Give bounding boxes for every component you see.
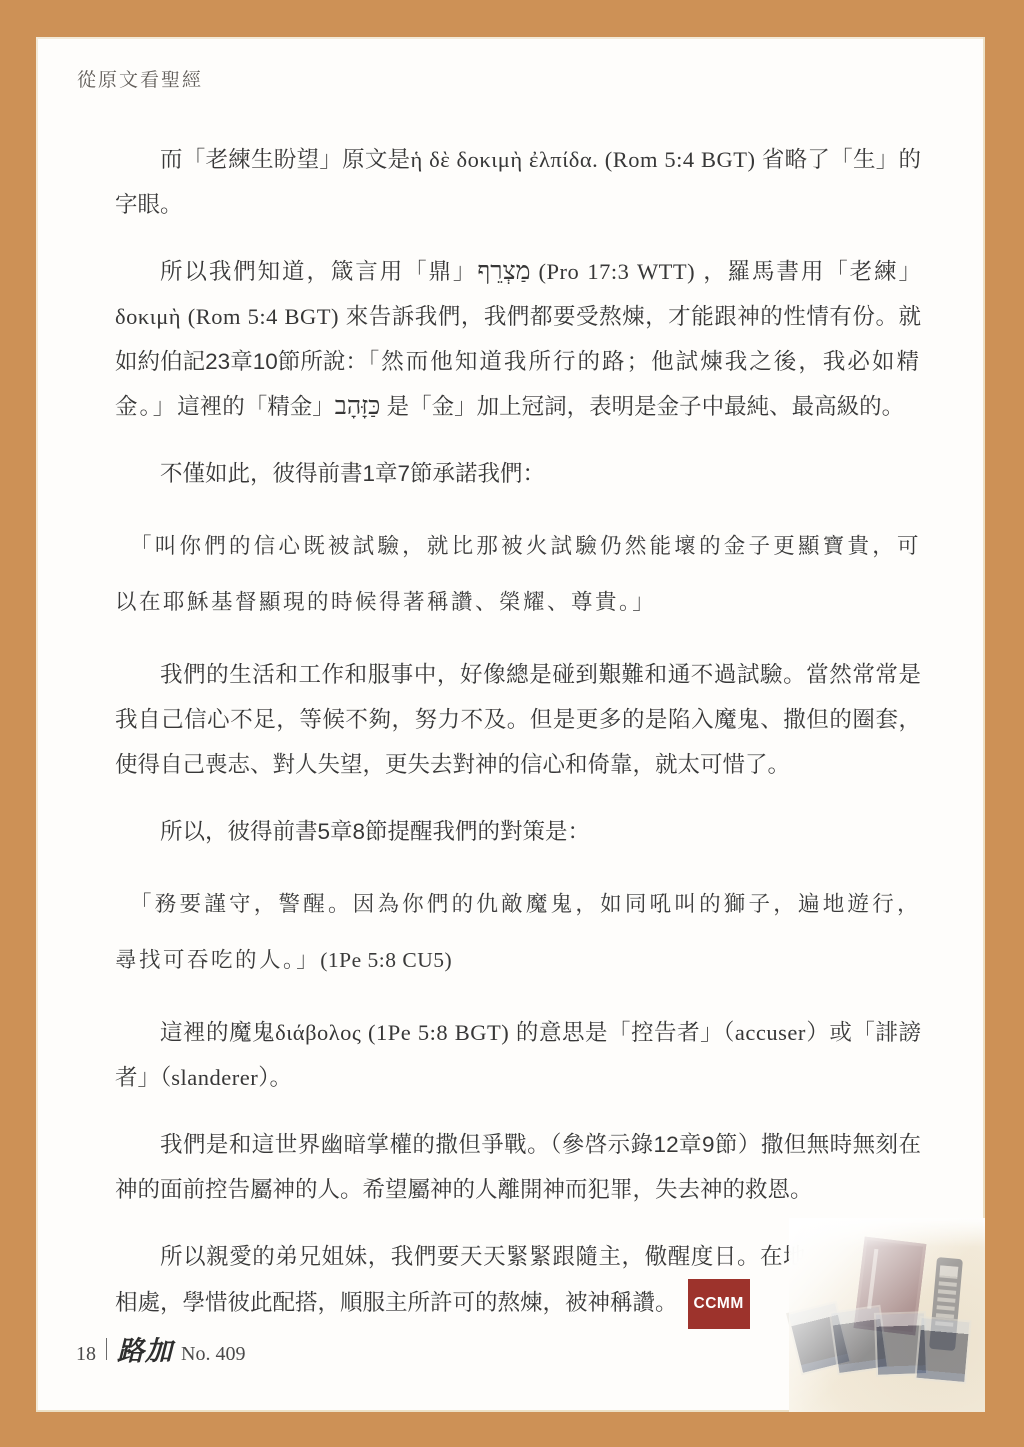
paragraph-7: 我們是和這世界幽暗掌權的撒但爭戰。（參啓示錄12章9節）撒但無時無刻在神的面前控… — [115, 1122, 921, 1212]
english-gloss: slanderer — [171, 1065, 258, 1090]
magazine-page: 從原文看聖經 而「老練生盼望」原文是ἡ δὲ δοκιμὴ ἐλπίδα. (R… — [36, 37, 985, 1412]
page-footer: 18 路加 No. 409 — [76, 1329, 245, 1368]
paragraph-5: 所以，彼得前書5章8節提醒我們的對策是： — [115, 809, 921, 854]
text-segment: 這裡的「精金」 — [177, 394, 335, 419]
page-number: 18 — [76, 1343, 96, 1366]
text-segment: ，羅馬書用「老練」 — [703, 259, 921, 284]
block-quote-1peter5-8: 「務要謹守，警醒。因為你們的仇敵魔鬼，如同吼叫的獅子，遍地遊行，尋找可吞吃的人。… — [115, 876, 921, 988]
scripture-ref: (1Pe 5:8 CU5) — [320, 948, 452, 972]
greek-term: διάβολος (1Pe 5:8 BGT) — [275, 1020, 516, 1045]
paragraph-1: 而「老練生盼望」原文是ἡ δὲ δοκιμὴ ἐλπίδα. (Rom 5:4 … — [115, 137, 921, 227]
quote-text: 「務要謹守，警醒。因為你們的仇敵魔鬼，如同吼叫的獅子，遍地遊行，尋找可吞吃的人。… — [115, 892, 921, 972]
issue-number: No. 409 — [181, 1343, 245, 1366]
text-segment: 所以我們知道，箴言用「鼎」 — [160, 259, 477, 284]
media-set-photo — [789, 1218, 985, 1412]
journal-title: 路加 — [117, 1329, 173, 1368]
photo-fade-overlay — [789, 1218, 985, 1412]
text-segment: 是「金」加上冠詞，表明是金子中最純、最高級的。 — [380, 394, 904, 419]
paragraph-4: 我們的生活和工作和服事中，好像總是碰到艱難和通不過試驗。當然常常是我自己信心不足… — [115, 652, 921, 787]
scripture-ref: (Pro 17:3 WTT) — [531, 259, 704, 284]
greek-phrase: ἡ δὲ δοκιμὴ ἐλπίδα. (Rom 5:4 BGT) — [410, 147, 761, 172]
hebrew-term: כַּזָּהָב — [335, 393, 381, 420]
text-segment: 而「老練生盼望」原文是 — [160, 147, 410, 172]
page-frame: 從原文看聖經 而「老練生盼望」原文是ἡ δὲ δοκιμὴ ἐλπίδα. (R… — [0, 0, 1024, 1447]
text-segment: 這裡的魔鬼 — [160, 1020, 275, 1045]
running-header: 從原文看聖經 — [77, 65, 203, 92]
english-gloss: accuser — [735, 1020, 806, 1045]
hebrew-term: מַצְרֵף — [477, 258, 530, 285]
text-segment: ）。 — [258, 1065, 292, 1090]
block-quote-1peter1-7: 「叫你們的信心既被試驗，就比那被火試驗仍然能壞的金子更顯寶貴，可以在耶穌基督顯現… — [115, 518, 921, 630]
paragraph-6: 這裡的魔鬼διάβολος (1Pe 5:8 BGT) 的意思是「控告者」（ac… — [115, 1010, 921, 1100]
ccmm-end-mark: CCMM — [688, 1279, 750, 1329]
paragraph-2: 所以我們知道，箴言用「鼎」מַצְרֵף (Pro 17:3 WTT) ，羅馬書… — [115, 249, 921, 429]
article-body: 而「老練生盼望」原文是ἡ δὲ δοκιμὴ ἐλπίδα. (Rom 5:4 … — [115, 137, 921, 1351]
footer-divider — [106, 1338, 107, 1360]
paragraph-3: 不僅如此，彼得前書1章7節承諾我們： — [115, 451, 921, 496]
text-segment: 的意思是「控告者」（ — [516, 1020, 735, 1045]
greek-term: δοκιμὴ (Rom 5:4 BGT) — [115, 304, 346, 329]
